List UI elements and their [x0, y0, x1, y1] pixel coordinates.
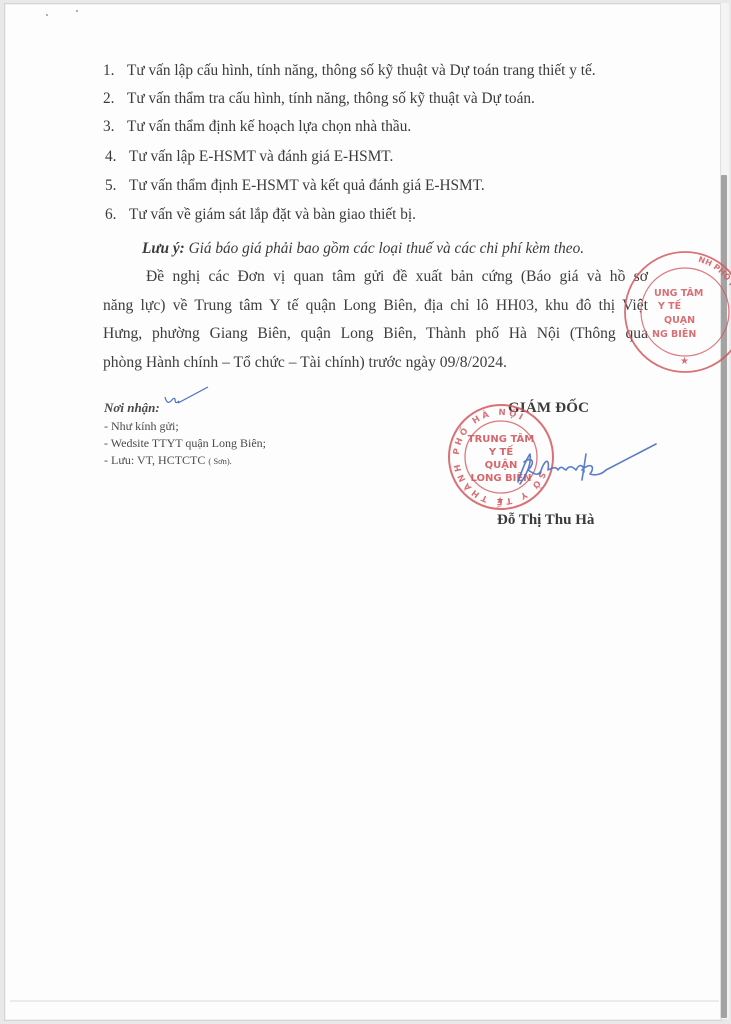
item-text: Tư vấn thẩm định kế hoạch lựa chọn nhà t… [127, 118, 411, 135]
note-line: Lưu ý: Giá báo giá phải bao gồm các loại… [142, 240, 584, 258]
svg-text:QUẬN: QUẬN [664, 315, 695, 326]
svg-text:★: ★ [496, 496, 504, 506]
item-text: Tư vấn thẩm tra cấu hình, tính năng, thô… [127, 90, 535, 107]
paragraph-line: Hưng, phường Giang Biên, quận Long Biên,… [103, 320, 648, 349]
svg-text:UNG TÂM: UNG TÂM [654, 287, 703, 299]
list-item: 5.Tư vấn thẩm định E-HSMT và kết quả đán… [105, 177, 485, 195]
clerk-initial: ( Sơn). [208, 456, 231, 466]
page-bottom-edge [10, 1000, 719, 1002]
signer-name: Đỗ Thị Thu Hà [497, 512, 594, 529]
recipient-line: - Như kính gửi; [104, 418, 266, 435]
svg-text:Y TẾ: Y TẾ [657, 299, 682, 312]
svg-text:★: ★ [680, 356, 689, 367]
request-paragraph: Đề nghị các Đơn vị quan tâm gửi đề xuất … [103, 263, 648, 377]
recipient-line: - Wedsite TTYT quận Long Biên; [104, 435, 266, 452]
note-label: Lưu ý: [142, 240, 185, 257]
signature-icon [510, 440, 660, 500]
svg-text:NG BIÊN: NG BIÊN [652, 328, 696, 340]
scan-speck [46, 14, 48, 16]
list-item: 3.Tư vấn thẩm định kế hoạch lựa chọn nhà… [103, 118, 411, 136]
item-text: Tư vấn lập cấu hình, tính năng, thông số… [127, 62, 596, 79]
item-number: 4. [105, 148, 129, 166]
item-text: Tư vấn về giám sát lắp đặt và bàn giao t… [129, 206, 416, 223]
item-number: 2. [103, 90, 127, 108]
recipient-line: - Lưu: VT, HCTCTC ( Sơn). [104, 452, 266, 470]
paragraph-line: năng lực) về Trung tâm Y tế quận Long Bi… [103, 292, 648, 321]
list-item: 4.Tư vấn lập E-HSMT và đánh giá E-HSMT. [105, 148, 393, 166]
scan-speck [76, 10, 78, 12]
list-item: 6.Tư vấn về giám sát lắp đặt và bàn giao… [105, 206, 416, 224]
item-number: 1. [103, 62, 127, 80]
item-text: Tư vấn thẩm định E-HSMT và kết quả đánh … [129, 177, 485, 194]
list-item: 1.Tư vấn lập cấu hình, tính năng, thông … [103, 62, 596, 80]
initial-mark-icon [150, 385, 210, 415]
svg-text:NH PHỐ HÀ NỘI: NH PHỐ HÀ NỘI [697, 255, 731, 314]
list-item: 2.Tư vấn thẩm tra cấu hình, tính năng, t… [103, 90, 535, 108]
recipient-line-text: - Lưu: VT, HCTCTC [104, 453, 205, 467]
item-text: Tư vấn lập E-HSMT và đánh giá E-HSMT. [129, 148, 393, 165]
note-text: Giá báo giá phải bao gồm các loại thuế v… [189, 240, 585, 257]
item-number: 6. [105, 206, 129, 224]
paragraph-line: Đề nghị các Đơn vị quan tâm gửi đề xuất … [103, 263, 648, 292]
item-number: 5. [105, 177, 129, 195]
item-number: 3. [103, 118, 127, 136]
paragraph-line: phòng Hành chính – Tổ chức – Tài chính) … [103, 349, 648, 378]
stamp-seal-icon: NH PHỐ HÀ NỘI UNG TÂM Y TẾ QUẬN NG BIÊN … [636, 252, 726, 372]
